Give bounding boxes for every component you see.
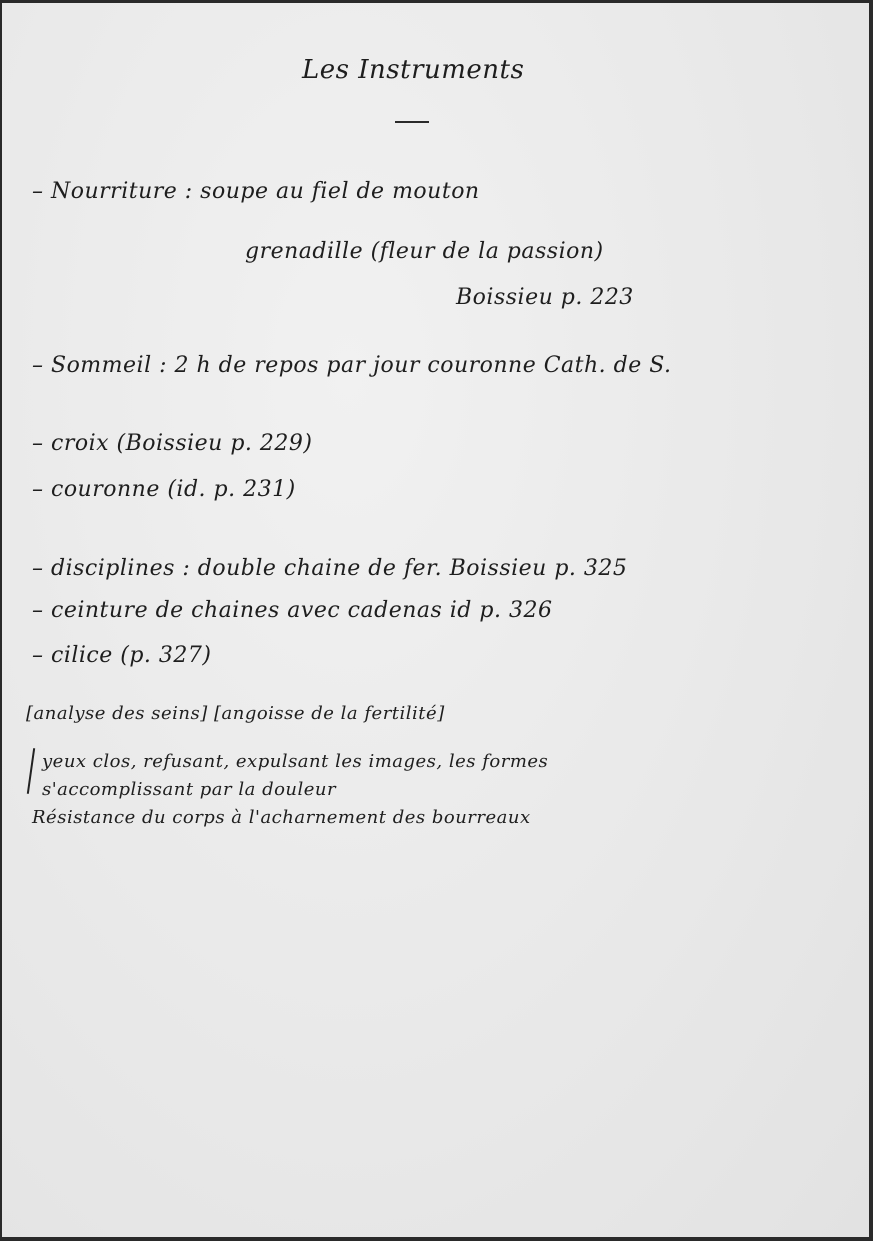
note-line: [analyse des seins] [angoisse de la fert…	[26, 703, 445, 724]
list-item-disciplines: – disciplines : double chaine de fer. Bo…	[32, 556, 627, 581]
note-line: Résistance du corps à l'acharnement des …	[32, 807, 531, 828]
list-item-cilice: – cilice (p. 327)	[32, 643, 211, 668]
list-item-sommeil: – Sommeil : 2 h de repos par jour couron…	[32, 353, 672, 378]
list-item-nourriture: – Nourriture : soupe au fiel de mouton	[32, 179, 480, 204]
manuscript-page: Les Instruments – Nourriture : soupe au …	[2, 3, 869, 1237]
title-underline	[395, 121, 429, 123]
reference: Boissieu p. 223	[456, 285, 634, 310]
list-item-ceinture: – ceinture de chaines avec cadenas id p.…	[32, 598, 552, 623]
list-item-couronne: – couronne (id. p. 231)	[32, 477, 296, 502]
note-line: s'accomplissant par la douleur	[42, 779, 336, 800]
list-item-croix: – croix (Boissieu p. 229)	[32, 431, 313, 456]
list-item-continuation: grenadille (fleur de la passion)	[245, 239, 604, 264]
page-title: Les Instruments	[302, 55, 524, 85]
margin-bracket	[27, 748, 35, 794]
note-line: yeux clos, refusant, expulsant les image…	[42, 751, 548, 772]
